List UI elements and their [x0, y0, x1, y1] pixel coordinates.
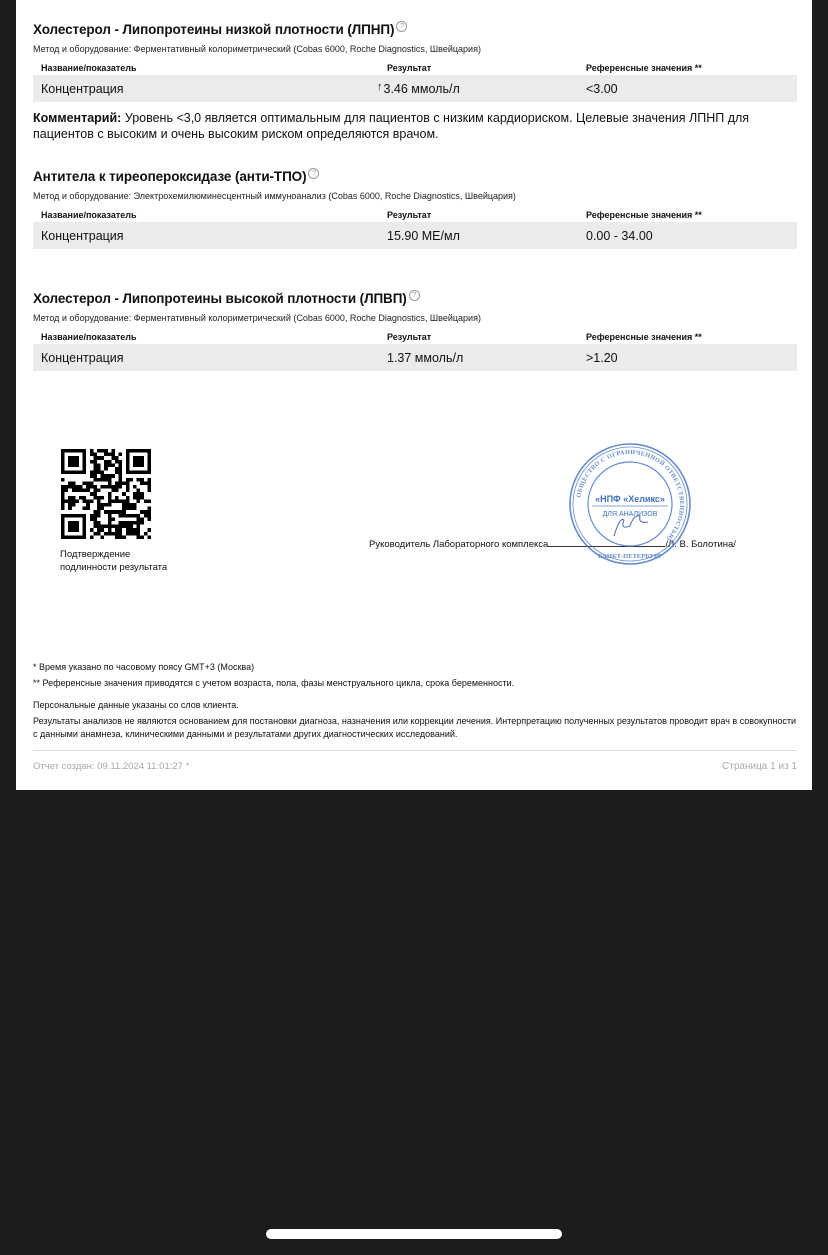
- section-title: Холестерол - Липопротеины низкой плотнос…: [33, 22, 797, 37]
- stamp-subtitle: ДЛЯ АНАЛИЗОВ: [603, 511, 658, 518]
- comment-text: Уровень <3,0 является оптимальным для па…: [33, 111, 749, 141]
- method-text: Метод и оборудование: Электрохемилюминес…: [33, 191, 797, 201]
- signatory-role: Руководитель Лабораторного комплекса: [369, 539, 548, 550]
- comment: Комментарий: Уровень <3,0 является оптим…: [33, 110, 797, 142]
- header-result: Результат: [387, 332, 586, 344]
- table-row: Концентрация 15.90 МЕ/мл 0.00 - 34.00: [33, 222, 797, 249]
- method-text: Метод и оборудование: Ферментативный кол…: [33, 313, 797, 323]
- comment-label: Комментарий:: [33, 111, 121, 125]
- company-stamp-icon: ОБЩЕСТВО С ОГРАНИЧЕННОЙ ОТВЕТСТВЕННОСТЬЮ…: [566, 440, 694, 568]
- table-header: Название/показатель Результат Референсны…: [33, 63, 797, 75]
- method-text: Метод и оборудование: Ферментативный кол…: [33, 44, 797, 54]
- section-title: Холестерол - Липопротеины высокой плотно…: [33, 291, 797, 306]
- section-title-text: Холестерол - Липопротеины низкой плотнос…: [33, 22, 394, 37]
- arrow-up-icon: ↑: [377, 81, 383, 93]
- table-row: Концентрация 1.37 ммоль/л >1.20: [33, 344, 797, 371]
- section-anti-tpo: Антитела к тиреопероксидазе (анти-ТПО)? …: [33, 169, 797, 249]
- question-circle-icon[interactable]: ?: [308, 168, 319, 179]
- stamp-ring-bottom: САНКТ-ПЕТЕРБУРГ: [598, 553, 662, 560]
- row-name: Концентрация: [41, 82, 387, 96]
- question-circle-icon[interactable]: ?: [409, 290, 420, 301]
- note-timezone: * Время указано по часовому поясу GMT+3 …: [33, 661, 797, 674]
- section-ldl: Холестерол - Липопротеины низкой плотнос…: [33, 22, 797, 142]
- header-result: Результат: [387, 63, 586, 75]
- report-created: Отчет создан: 09.11.2024 11:01:27 *: [33, 761, 189, 772]
- header-reference: Референсные значения **: [586, 332, 797, 344]
- qr-caption-line2: подлинности результата: [60, 561, 210, 574]
- header-reference: Референсные значения **: [586, 63, 797, 75]
- qr-code-icon[interactable]: [61, 449, 151, 539]
- section-title-text: Антитела к тиреопероксидазе (анти-ТПО): [33, 169, 306, 184]
- header-name: Название/показатель: [41, 210, 387, 222]
- header-name: Название/показатель: [41, 332, 387, 344]
- divider: [33, 750, 797, 751]
- header-result: Результат: [387, 210, 586, 222]
- row-result: 15.90 МЕ/мл: [387, 229, 586, 243]
- row-name: Концентрация: [41, 351, 387, 365]
- table-header: Название/показатель Результат Референсны…: [33, 210, 797, 222]
- section-title-text: Холестерол - Липопротеины высокой плотно…: [33, 291, 407, 306]
- report-page: Холестерол - Липопротеины низкой плотнос…: [16, 0, 812, 790]
- qr-caption: Подтверждение подлинности результата: [60, 548, 210, 574]
- section-hdl: Холестерол - Липопротеины высокой плотно…: [33, 291, 797, 371]
- row-reference: >1.20: [586, 351, 797, 365]
- question-circle-icon[interactable]: ?: [396, 21, 407, 32]
- home-indicator[interactable]: [266, 1229, 562, 1239]
- section-title: Антитела к тиреопероксидазе (анти-ТПО)?: [33, 169, 797, 184]
- footnotes: * Время указано по часовому поясу GMT+3 …: [33, 661, 797, 741]
- row-result-value: 3.46 ммоль/л: [384, 82, 460, 96]
- page-number: Страница 1 из 1: [722, 761, 797, 772]
- stamp-company: «НПФ «Хеликс»: [595, 494, 665, 504]
- table-row: Концентрация ↑3.46 ммоль/л <3.00: [33, 75, 797, 102]
- header-name: Название/показатель: [41, 63, 387, 75]
- row-reference: <3.00: [586, 82, 797, 96]
- note-disclaimer: Результаты анализов не являются основани…: [33, 715, 797, 741]
- row-reference: 0.00 - 34.00: [586, 229, 797, 243]
- header-reference: Референсные значения **: [586, 210, 797, 222]
- note-personal: Персональные данные указаны со слов клие…: [33, 699, 797, 712]
- row-result: 1.37 ммоль/л: [387, 351, 586, 365]
- note-reference: ** Референсные значения приводятся с уче…: [33, 677, 797, 690]
- row-name: Концентрация: [41, 229, 387, 243]
- row-result: ↑3.46 ммоль/л: [387, 82, 586, 96]
- table-header: Название/показатель Результат Референсны…: [33, 332, 797, 344]
- qr-caption-line1: Подтверждение: [60, 548, 210, 561]
